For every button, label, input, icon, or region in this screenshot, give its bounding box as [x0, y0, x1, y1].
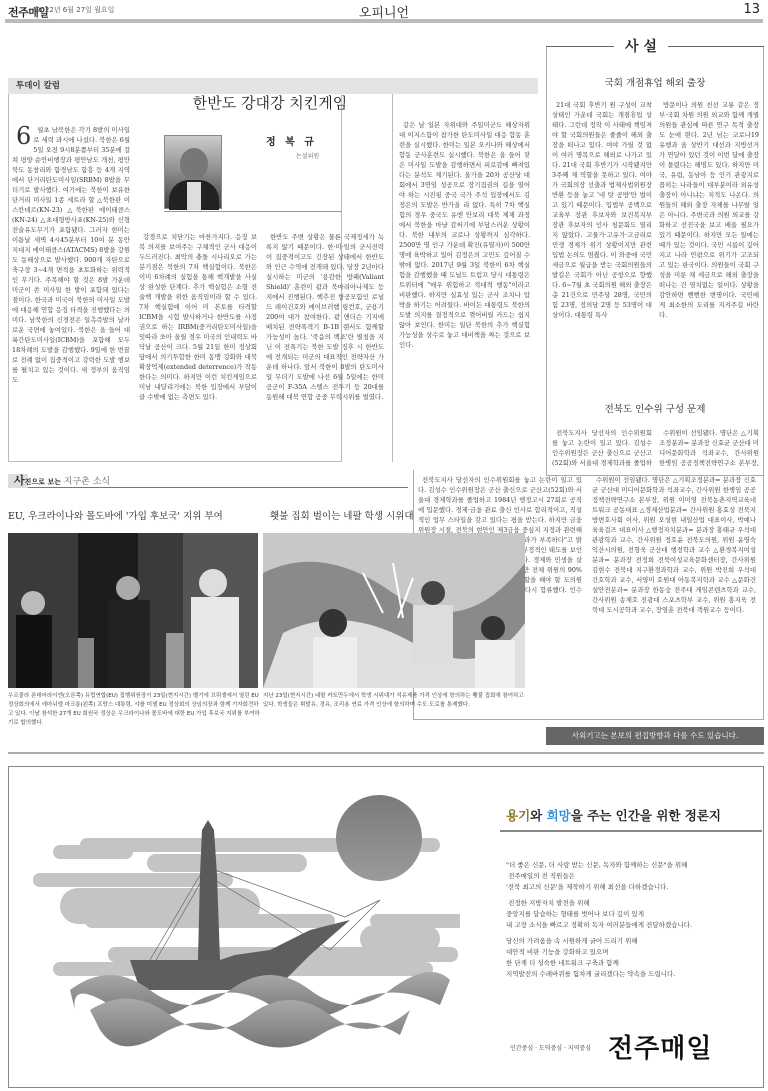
- photo2-headline: 횃불 집회 벌이는 네팔 학생 시위대: [270, 508, 414, 522]
- author-name: 정 복 규: [266, 133, 317, 148]
- editorial-headline-2: 전북도 인수위 구성 문제: [546, 401, 764, 415]
- header-divider: [5, 19, 763, 23]
- editorial-2-col2-top: 수위원이 선임됐다. 명단은 △기획조정분과= 분과장 신효균 군산대 미디어문…: [659, 428, 759, 468]
- photo-section-label-gray: 지구촌 소식: [64, 477, 110, 487]
- ad-newspaper-logo: 전주매일: [608, 1028, 712, 1065]
- bottom-section-divider: [8, 752, 764, 754]
- column-headline: 한반도 강대강 치킨게임: [120, 92, 420, 113]
- byline-divider: [164, 211, 342, 212]
- photo-section-label-big: 사: [14, 474, 25, 487]
- dropcap: 6: [12, 125, 31, 147]
- column-text-col2: 강경으로 치닫기는 마찬가지다. 응징 보복 의지를 보여주는 구체적인 군사 …: [139, 232, 257, 457]
- photo1-caption: 우르줄라 폰데어라이엔(오른쪽) 유럽연합(EU) 집행위원장이 23일(현지시…: [8, 692, 260, 740]
- nepal-protest-photo: [263, 533, 525, 688]
- eu-summit-photo: [8, 533, 258, 688]
- editorial-1-col2: 방문이나 의원 친선 교류 같은 정부·국회 차원 의원 외교와 함께 개별 의…: [659, 100, 759, 372]
- ad-body: "더 좋은 신문, 더 사랑 받는 신문, 독자와 함께하는 신문"을 위해 전…: [506, 860, 756, 985]
- ad-slogan: 용기와 희망을 주는 인간을 위한 정론지: [506, 806, 721, 824]
- slogan-rest: 을 주는 인간을 위한 정론지: [571, 808, 721, 823]
- editorial-top-rule-left: [546, 46, 614, 47]
- author-role: 논설위원: [296, 151, 319, 160]
- slogan-hope: 희망: [547, 808, 571, 823]
- ad-line: 내 고장 소식을 빠르고 정확히 독자 여러분들에게 전달하겠습니다.: [506, 921, 692, 929]
- editorial-label: 사 설: [614, 36, 668, 56]
- photo-section-header: 사진으로 보는 지구촌 소식: [8, 474, 408, 488]
- editorial-top-rule-right: [668, 46, 764, 47]
- ad-line: '전북 최고의 신문'을 제작하기 위해 최선을 다하겠습니다.: [506, 883, 668, 891]
- ad-line: 전주매일의 전 직원들은: [508, 872, 575, 880]
- ad-line: 대안적 비판 기능을 강화하고 있으며: [506, 948, 608, 956]
- editorial-headline-1: 국회 개점휴업 해외 출장: [546, 75, 764, 89]
- column-divider: [392, 94, 393, 462]
- ad-line: 지역발전의 수레바퀴를 힘차게 굴리겠다는 약속을 드립니다.: [506, 970, 675, 978]
- editorial-2-col1-top: 전북도지사 당선자의 인수위원회를 놓고 논란이 일고 있다. 김성수 인수위원…: [552, 428, 652, 468]
- ad-line: 당신의 가려움을 속 시원하게 긁어 드리기 위해: [506, 937, 638, 945]
- slogan-and: 와: [530, 808, 546, 823]
- editorial-1-col1: 21대 국회 후반기 원 구성이 교착상태인 가운데 국회는 개점휴업 상태다.…: [552, 100, 652, 372]
- ship-illustration: [30, 780, 460, 1080]
- editorial-2-col2: 수위원이 선임됐다. 명단은 △기획조정분과= 분과장 신효균 군산대 미디어문…: [592, 475, 756, 715]
- ad-line: 한 단계 더 성숙한 네트워크 구축과 함께: [506, 959, 619, 967]
- ad-line: 진정한 지방자치 발전을 위해: [508, 899, 590, 907]
- slogan-courage: 용기: [506, 808, 530, 823]
- photo-section-label-small: 진으로 보는: [25, 478, 61, 486]
- ad-line: "더 좋은 신문, 더 사랑 받는 신문, 독자와 함께하는 신문"을 위해: [506, 861, 687, 869]
- ad-motto: 인간중심 · 도덕중심 · 지역중심: [510, 1043, 591, 1052]
- issue-date: 2022년 6월 27일 월요일: [36, 5, 114, 15]
- photo1-headline: EU, 우크라이나와 몰도바에 '가입 후보국' 지위 부여: [8, 508, 223, 522]
- ad-line: 중앙지를 답습하는 형태를 벗어나 보다 깊이 있게: [506, 910, 644, 918]
- author-photo: [164, 135, 222, 209]
- column-text-col3: 한반도 주변 상황은 물론 국제정세가 녹록지 않기 때문이다. 한·미·일의 …: [266, 232, 384, 457]
- photo2-caption: 지난 23일(현지시간) 네팔 카트만두에서 학생 시위대가 석유제품 가격 인…: [263, 692, 525, 740]
- page-number: 13: [743, 2, 760, 17]
- column-paragraph: 월초 남북한은 각기 8발의 미사일로 세력 과시에 나섰다. 북한은 6월 5…: [12, 126, 130, 384]
- column-text-col1: 6월초 남북한은 각기 8발의 미사일로 세력 과시에 나섰다. 북한은 6월 …: [12, 125, 130, 455]
- ad-divider: [500, 830, 762, 832]
- disclaimer-banner: 사외기고는 본보의 편집방향과 다를 수도 있습니다.: [546, 727, 764, 745]
- column-text-col4: 같은 날 일본 자위대와 주일미군도 해상자위대 이지스함이 참가한 탄도미사일…: [399, 120, 530, 460]
- today-column-label: 투데이 칼럼: [16, 79, 60, 91]
